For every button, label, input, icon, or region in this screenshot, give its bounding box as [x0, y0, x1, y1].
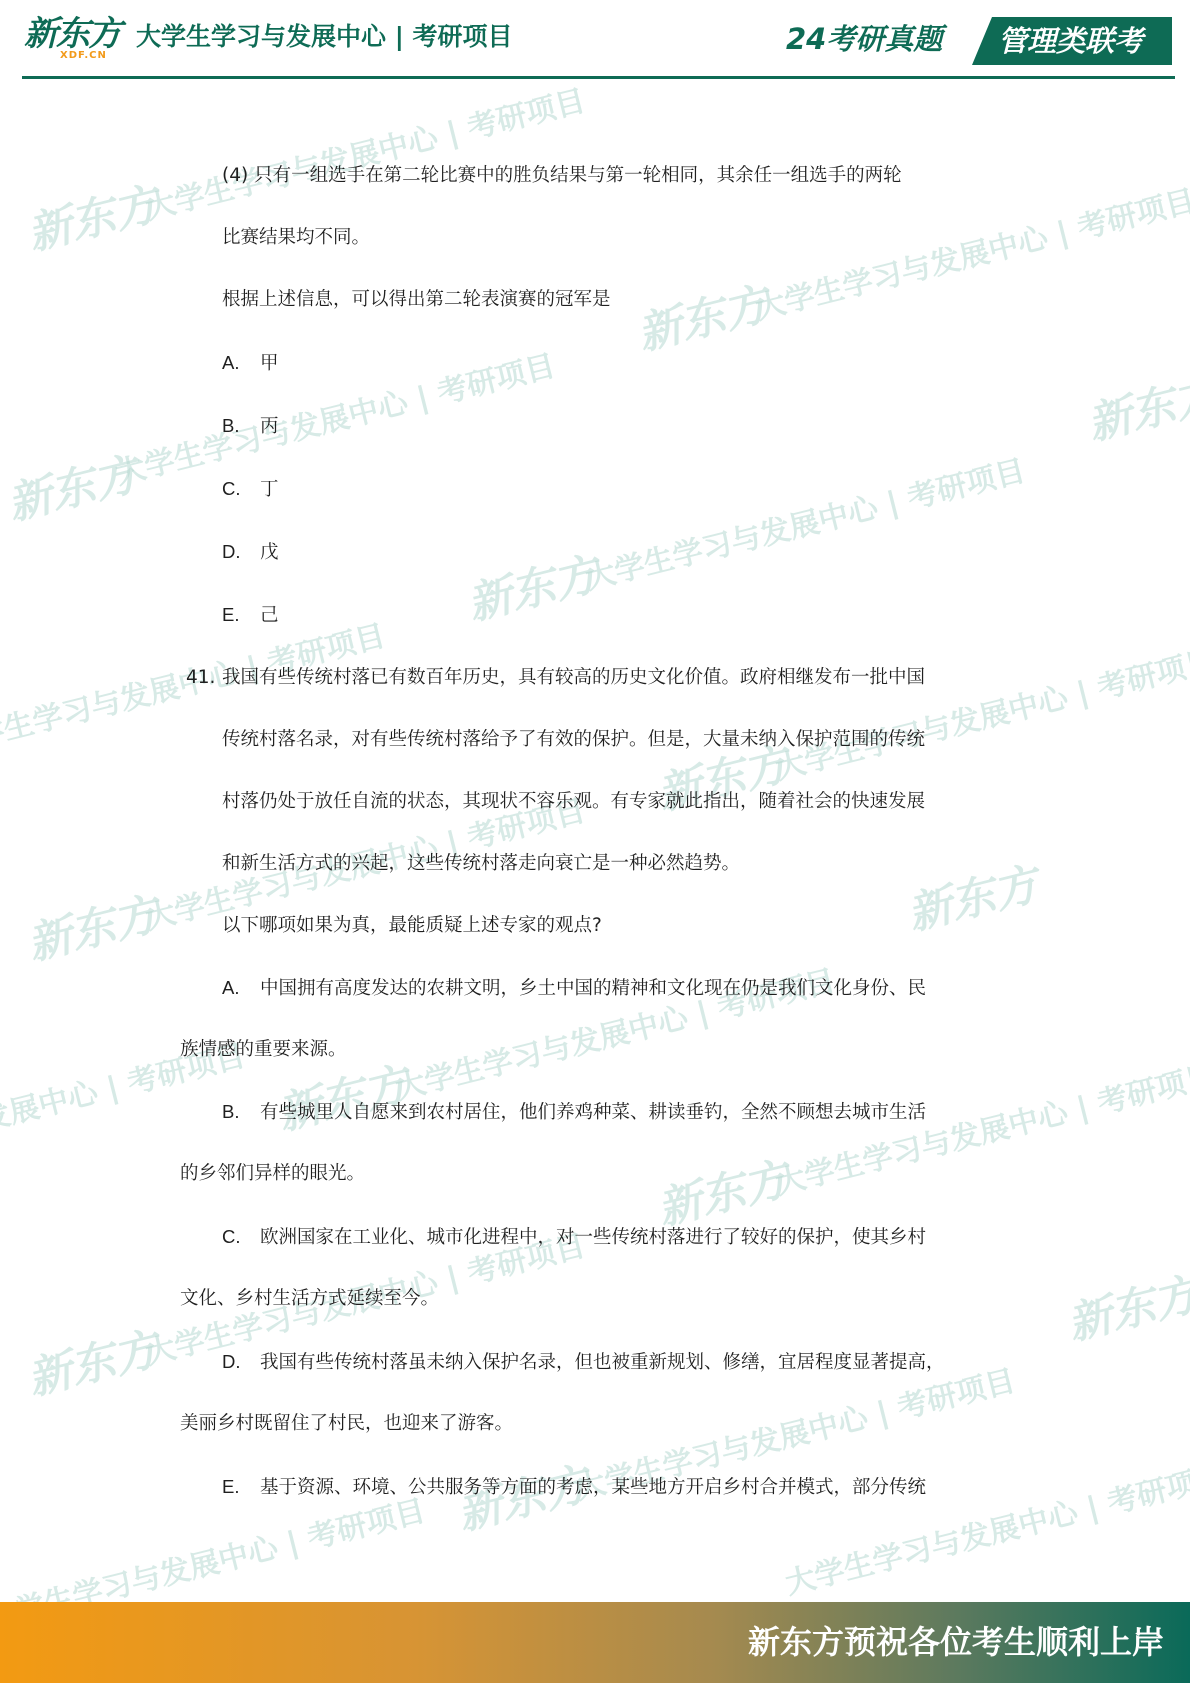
subject-badge: 管理类联考: [972, 17, 1172, 65]
org-title: 大学生学习与发展中心 | 考研项目: [136, 20, 513, 54]
watermark-logo: 新东方: [20, 1313, 164, 1407]
watermark-logo: 新东方: [20, 878, 164, 972]
q40-option-d[interactable]: D.戊: [222, 540, 279, 565]
q40-condition-4-line2: 比赛结果均不同。: [222, 226, 370, 250]
q40-option-b[interactable]: B.丙: [222, 414, 279, 439]
q40-condition-4-line1: (4) 只有一组选手在第二轮比赛中的胜负结果与第一轮相同，其余任一组选手的两轮: [222, 164, 902, 188]
option-letter: A.: [222, 976, 260, 1000]
q40-prompt: 根据上述信息，可以得出第二轮表演赛的冠军是: [222, 288, 611, 312]
page-header: 新东方 XDF.CN 大学生学习与发展中心 | 考研项目 24考研真题 管理类联…: [0, 0, 1190, 80]
subject-label: 管理类联考: [998, 22, 1143, 60]
option-letter: D.: [222, 1350, 260, 1374]
option-text: 丙: [260, 416, 279, 437]
watermark-text: 大学生学习与发展中心 | 考研项目: [770, 636, 1190, 788]
option-text: 甲: [260, 353, 279, 374]
watermark-logo: 新东方: [1060, 1258, 1190, 1352]
option-letter: C.: [222, 1225, 260, 1249]
watermark-text: 大学生学习与发展中心 | 考研项目: [770, 1051, 1190, 1203]
option-text-line2: 美丽乡村既留住了村民，也迎来了游客。: [180, 1412, 513, 1436]
option-text-line1: 中国拥有高度发达的农耕文明，乡土中国的精神和文化现在仍是我们文化身份、民: [260, 978, 926, 999]
option-letter: C.: [222, 477, 260, 501]
option-letter: D.: [222, 540, 260, 564]
option-text: 己: [260, 605, 279, 626]
watermark-logo: 新东方: [650, 1143, 794, 1237]
option-text: 戊: [260, 542, 279, 563]
q41-number: 41.: [186, 666, 215, 690]
page-footer-banner: 新东方预祝各位考生顺利上岸: [0, 1602, 1190, 1683]
option-text-line2: 族情感的重要来源。: [180, 1038, 347, 1062]
q40-option-c[interactable]: C.丁: [222, 477, 279, 502]
logo-en-text: XDF.CN: [60, 50, 107, 61]
option-text: 丁: [260, 479, 279, 500]
watermark-logo: 新东方: [630, 268, 774, 362]
option-text-line1: 基于资源、环境、公共服务等方面的考虑，某些地方开启乡村合并模式，部分传统: [260, 1477, 926, 1498]
watermark-text: 大学生学习与发展中心 | 考研项目: [780, 1451, 1190, 1603]
option-text-line2: 的乡邻们异样的眼光。: [180, 1162, 365, 1186]
watermark-text: 大学生学习与发展中心 | 考研项目: [110, 341, 559, 493]
option-text-line1: 有些城里人自愿来到农村居住，他们养鸡种菜、耕读垂钓，全然不顾想去城市生活: [260, 1102, 926, 1123]
q41-stem-line2: 传统村落名录，对有些传统村落给予了有效的保护。但是，大量未纳入保护范围的传统: [222, 728, 925, 752]
option-letter: B.: [222, 1100, 260, 1124]
q41-stem-line1: 我国有些传统村落已有数百年历史，具有较高的历史文化价值。政府相继发布一批中国: [222, 666, 925, 690]
watermark-logo: 新东方: [20, 168, 164, 262]
q40-option-a[interactable]: A.甲: [222, 351, 279, 376]
option-text-line1: 欧洲国家在工业化、城市化进程中，对一些传统村落进行了较好的保护，使其乡村: [260, 1227, 926, 1248]
q40-option-e[interactable]: E.己: [222, 603, 279, 628]
watermark-logo: 新东方: [0, 438, 144, 532]
watermark-text: 大学生学习与发展中心 | 考研项目: [140, 76, 589, 228]
exam-title: 24考研真题: [786, 20, 942, 58]
watermark-logo: 新东方: [900, 848, 1044, 942]
watermark-logo: 新东方: [270, 1048, 414, 1142]
watermark-logo: 新东方: [1080, 358, 1190, 452]
option-letter: E.: [222, 603, 260, 627]
watermark-text: 大学生学习与发展中心 | 考研项目: [750, 176, 1190, 328]
watermark-logo: 新东方: [460, 538, 604, 632]
option-letter: B.: [222, 414, 260, 438]
footer-slogan: 新东方预祝各位考生顺利上岸: [748, 1620, 1164, 1664]
option-letter: E.: [222, 1475, 260, 1499]
q41-stem-line4: 和新生活方式的兴起，这些传统村落走向衰亡是一种必然趋势。: [222, 852, 740, 876]
option-text-line2: 文化、乡村生活方式延续至今。: [180, 1287, 439, 1311]
q41-prompt: 以下哪项如果为真，最能质疑上述专家的观点?: [222, 914, 602, 938]
q41-stem-line3: 村落仍处于放任自流的状态，其现状不容乐观。有专家就此指出，随着社会的快速发展: [222, 790, 925, 814]
xdf-logo: 新东方 XDF.CN: [24, 14, 124, 64]
option-text-line1: 我国有些传统村落虽未纳入保护名录，但也被重新规划、修缮，宜居程度显著提高，: [260, 1352, 945, 1373]
option-letter: A.: [222, 351, 260, 375]
header-divider: [22, 76, 1175, 79]
watermark-text: 大学生学习与发展中心 | 考研项目: [580, 446, 1029, 598]
logo-cn-text: 新东方: [24, 14, 120, 54]
